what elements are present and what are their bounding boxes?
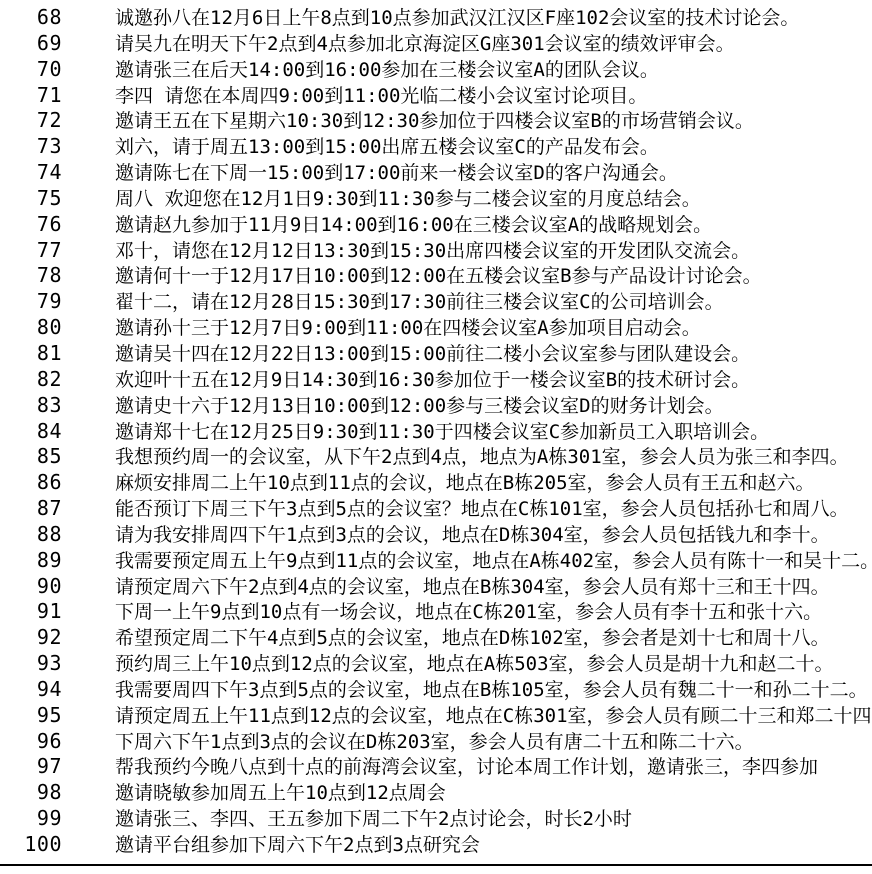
line-text: 请预定周六下午2点到4点的会议室，地点在B栋304室，参会人员有郑十三和王十四。 — [115, 575, 830, 601]
line-text: 诚邀孙八在12月6日上午8点到10点参加武汉江汉区F座102会议室的技术讨论会。 — [115, 6, 799, 32]
text-line: 91 下周一上午9点到10点有一场会议，地点在C栋201室，参会人员有李十五和张… — [0, 599, 872, 625]
line-text: 邀请孙十三于12月7日9:00到11:00在四楼会议室A参加项目启动会。 — [115, 316, 701, 342]
line-number: 70 — [0, 57, 62, 83]
text-line: 72 邀请王五在下星期六10:30到12:30参加位于四楼会议室B的市场营销会议… — [0, 108, 872, 134]
text-line: 76 邀请赵九参加于11月9日14:00到16:00在三楼会议室A的战略规划会。 — [0, 212, 872, 238]
text-line: 70 邀请张三在后天14:00到16:00参加在三楼会议室A的团队会议。 — [0, 57, 872, 83]
line-number: 96 — [0, 729, 62, 755]
line-text: 邀请张三、李四、王五参加下周二下午2点讨论会，时长2小时 — [115, 807, 632, 833]
text-line: 96 下周六下午1点到3点的会议在D栋203室，参会人员有唐二十五和陈二十六。 — [0, 729, 872, 755]
text-line: 92 希望预定周二下午4点到5点的会议室，地点在D栋102室，参会者是刘十七和周… — [0, 625, 872, 651]
text-line: 80 邀请孙十三于12月7日9:00到11:00在四楼会议室A参加项目启动会。 — [0, 315, 872, 341]
line-text: 下周一上午9点到10点有一场会议，地点在C栋201室，参会人员有李十五和张十六。 — [115, 600, 822, 626]
line-text: 邀请张三在后天14:00到16:00参加在三楼会议室A的团队会议。 — [115, 58, 659, 84]
line-number: 74 — [0, 160, 62, 186]
text-line: 69 请吴九在明天下午2点到4点参加北京海淀区G座301会议室的绩效评审会。 — [0, 31, 872, 57]
text-line: 79 翟十二，请在12月28日15:30到17:30前往三楼会议室C的公司培训会… — [0, 289, 872, 315]
line-text: 邀请陈七在下周一15:00到17:00前来一楼会议室D的客户沟通会。 — [115, 161, 678, 187]
line-text: 我想预约周一的会议室，从下午2点到4点，地点为A栋301室，参会人员为张三和李四… — [115, 445, 849, 471]
line-text: 下周六下午1点到3点的会议在D栋203室，参会人员有唐二十五和陈二十六。 — [115, 730, 754, 756]
text-line: 77 邓十，请您在12月12日13:30到15:30出席四楼会议室的开发团队交流… — [0, 238, 872, 264]
line-number: 87 — [0, 496, 62, 522]
line-number: 88 — [0, 522, 62, 548]
line-number: 79 — [0, 289, 62, 315]
text-line: 89 我需要预定周五上午9点到11点的会议室，地点在A栋402室，参会人员有陈十… — [0, 548, 872, 574]
text-line: 78 邀请何十一于12月17日10:00到12:00在五楼会议室B参与产品设计讨… — [0, 263, 872, 289]
line-text: 麻烦安排周二上午10点到11点的会议，地点在B栋205室，参会人员有王五和赵六。 — [115, 471, 815, 497]
text-line: 73 刘六，请于周五13:00到15:00出席五楼会议室C的产品发布会。 — [0, 134, 872, 160]
line-text: 欢迎叶十五在12月9日14:30到16:30参加位于一楼会议室B的技术研讨会。 — [115, 368, 750, 394]
text-line: 82 欢迎叶十五在12月9日14:30到16:30参加位于一楼会议室B的技术研讨… — [0, 367, 872, 393]
line-text: 李四 请您在本周四9:00到11:00光临二楼小会议室讨论项目。 — [115, 84, 647, 110]
line-text: 邀请吴十四在12月22日13:00到15:00前往二楼小会议室参与团队建设会。 — [115, 342, 750, 368]
line-text: 预约周三上午10点到12点的会议室，地点在A栋503室，参会人员是胡十九和赵二十… — [115, 652, 834, 678]
line-number: 78 — [0, 263, 62, 289]
text-line: 83 邀请史十六于12月13日10:00到12:00参与三楼会议室D的财务计划会… — [0, 393, 872, 419]
text-line: 71 李四 请您在本周四9:00到11:00光临二楼小会议室讨论项目。 — [0, 83, 872, 109]
text-line: 99 邀请张三、李四、王五参加下周二下午2点讨论会，时长2小时 — [0, 806, 872, 832]
text-line: 97 帮我预约今晚八点到十点的前海湾会议室，讨论本周工作计划，邀请张三，李四参加 — [0, 754, 872, 780]
text-line: 87 能否预订下周三下午3点到5点的会议室？地点在C栋101室，参会人员包括孙七… — [0, 496, 872, 522]
text-line: 68 诚邀孙八在12月6日上午8点到10点参加武汉江汉区F座102会议室的技术讨… — [0, 5, 872, 31]
text-line: 98 邀请晓敏参加周五上午10点到12点周会 — [0, 780, 872, 806]
line-text: 我需要预定周五上午9点到11点的会议室，地点在A栋402室，参会人员有陈十一和吴… — [115, 549, 872, 575]
line-text: 帮我预约今晚八点到十点的前海湾会议室，讨论本周工作计划，邀请张三，李四参加 — [115, 755, 818, 781]
text-line: 74 邀请陈七在下周一15:00到17:00前来一楼会议室D的客户沟通会。 — [0, 160, 872, 186]
line-text: 翟十二，请在12月28日15:30到17:30前往三楼会议室C的公司培训会。 — [115, 290, 724, 316]
line-text: 周八 欢迎您在12月1日9:30到11:30参与二楼会议室的月度总结会。 — [115, 187, 701, 213]
text-line: 75 周八 欢迎您在12月1日9:30到11:30参与二楼会议室的月度总结会。 — [0, 186, 872, 212]
line-number: 72 — [0, 108, 62, 134]
line-number: 86 — [0, 470, 62, 496]
line-number: 69 — [0, 31, 62, 57]
text-line: 84 邀请郑十七在12月25日9:30到11:30于四楼会议室C参加新员工入职培… — [0, 419, 872, 445]
line-number: 90 — [0, 574, 62, 600]
line-text: 邀请晓敏参加周五上午10点到12点周会 — [115, 781, 446, 807]
line-number: 83 — [0, 393, 62, 419]
line-text: 邀请史十六于12月13日10:00到12:00参与三楼会议室D的财务计划会。 — [115, 394, 724, 420]
line-text: 邀请王五在下星期六10:30到12:30参加位于四楼会议室B的市场营销会议。 — [115, 109, 754, 135]
line-number: 73 — [0, 134, 62, 160]
line-number: 98 — [0, 780, 62, 806]
line-text: 邀请平台组参加下周六下午2点到3点研究会 — [115, 833, 480, 859]
text-line: 85 我想预约周一的会议室，从下午2点到4点，地点为A栋301室，参会人员为张三… — [0, 444, 872, 470]
page: { "document": { "background_color": "#ff… — [0, 0, 872, 874]
line-number: 81 — [0, 341, 62, 367]
text-line: 90 请预定周六下午2点到4点的会议室，地点在B栋304室，参会人员有郑十三和王… — [0, 574, 872, 600]
line-text: 邀请郑十七在12月25日9:30到11:30于四楼会议室C参加新员工入职培训会。 — [115, 420, 769, 446]
line-number: 84 — [0, 419, 62, 445]
text-line: 88 请为我安排周四下午1点到3点的会议，地点在D栋304室，参会人员包括钱九和… — [0, 522, 872, 548]
line-number: 91 — [0, 599, 62, 625]
line-text: 邀请赵九参加于11月9日14:00到16:00在三楼会议室A的战略规划会。 — [115, 213, 712, 239]
line-number: 100 — [0, 832, 62, 858]
text-line: 93 预约周三上午10点到12点的会议室，地点在A栋503室，参会人员是胡十九和… — [0, 651, 872, 677]
bottom-divider — [0, 864, 872, 866]
line-number: 85 — [0, 444, 62, 470]
line-number: 75 — [0, 186, 62, 212]
line-text: 邀请何十一于12月17日10:00到12:00在五楼会议室B参与产品设计讨论会。 — [115, 264, 762, 290]
line-text: 邓十，请您在12月12日13:30到15:30出席四楼会议室的开发团队交流会。 — [115, 239, 750, 265]
line-number: 94 — [0, 677, 62, 703]
line-number: 99 — [0, 806, 62, 832]
line-number: 95 — [0, 703, 62, 729]
line-number: 92 — [0, 625, 62, 651]
line-number: 80 — [0, 315, 62, 341]
text-line: 86 麻烦安排周二上午10点到11点的会议，地点在B栋205室，参会人员有王五和… — [0, 470, 872, 496]
line-number: 89 — [0, 548, 62, 574]
line-number: 82 — [0, 367, 62, 393]
line-number: 71 — [0, 83, 62, 109]
text-line: 95 请预定周五上午11点到12点的会议室，地点在C栋301室，参会人员有顾二十… — [0, 703, 872, 729]
line-text: 请为我安排周四下午1点到3点的会议，地点在D栋304室，参会人员包括钱九和李十。 — [115, 523, 830, 549]
line-text: 请吴九在明天下午2点到4点参加北京海淀区G座301会议室的绩效评审会。 — [115, 32, 735, 58]
line-text: 请预定周五上午11点到12点的会议室，地点在C栋301室，参会人员有顾二十三和郑… — [115, 704, 872, 730]
text-line: 100 邀请平台组参加下周六下午2点到3点研究会 — [0, 832, 872, 858]
line-number: 97 — [0, 754, 62, 780]
line-text: 能否预订下周三下午3点到5点的会议室？地点在C栋101室，参会人员包括孙七和周八… — [115, 497, 849, 523]
line-text: 刘六，请于周五13:00到15:00出席五楼会议室C的产品发布会。 — [115, 135, 659, 161]
text-line: 94 我需要周四下午3点到5点的会议室，地点在B栋105室，参会人员有魏二十一和… — [0, 677, 872, 703]
line-number: 76 — [0, 212, 62, 238]
line-text: 希望预定周二下午4点到5点的会议室，地点在D栋102室，参会者是刘十七和周十八。 — [115, 626, 830, 652]
line-number: 68 — [0, 5, 62, 31]
line-text: 我需要周四下午3点到5点的会议室，地点在B栋105室，参会人员有魏二十一和孙二十… — [115, 678, 868, 704]
line-number: 77 — [0, 238, 62, 264]
line-number: 93 — [0, 651, 62, 677]
text-document: 68 诚邀孙八在12月6日上午8点到10点参加武汉江汉区F座102会议室的技术讨… — [0, 5, 872, 858]
text-line: 81 邀请吴十四在12月22日13:00到15:00前往二楼小会议室参与团队建设… — [0, 341, 872, 367]
